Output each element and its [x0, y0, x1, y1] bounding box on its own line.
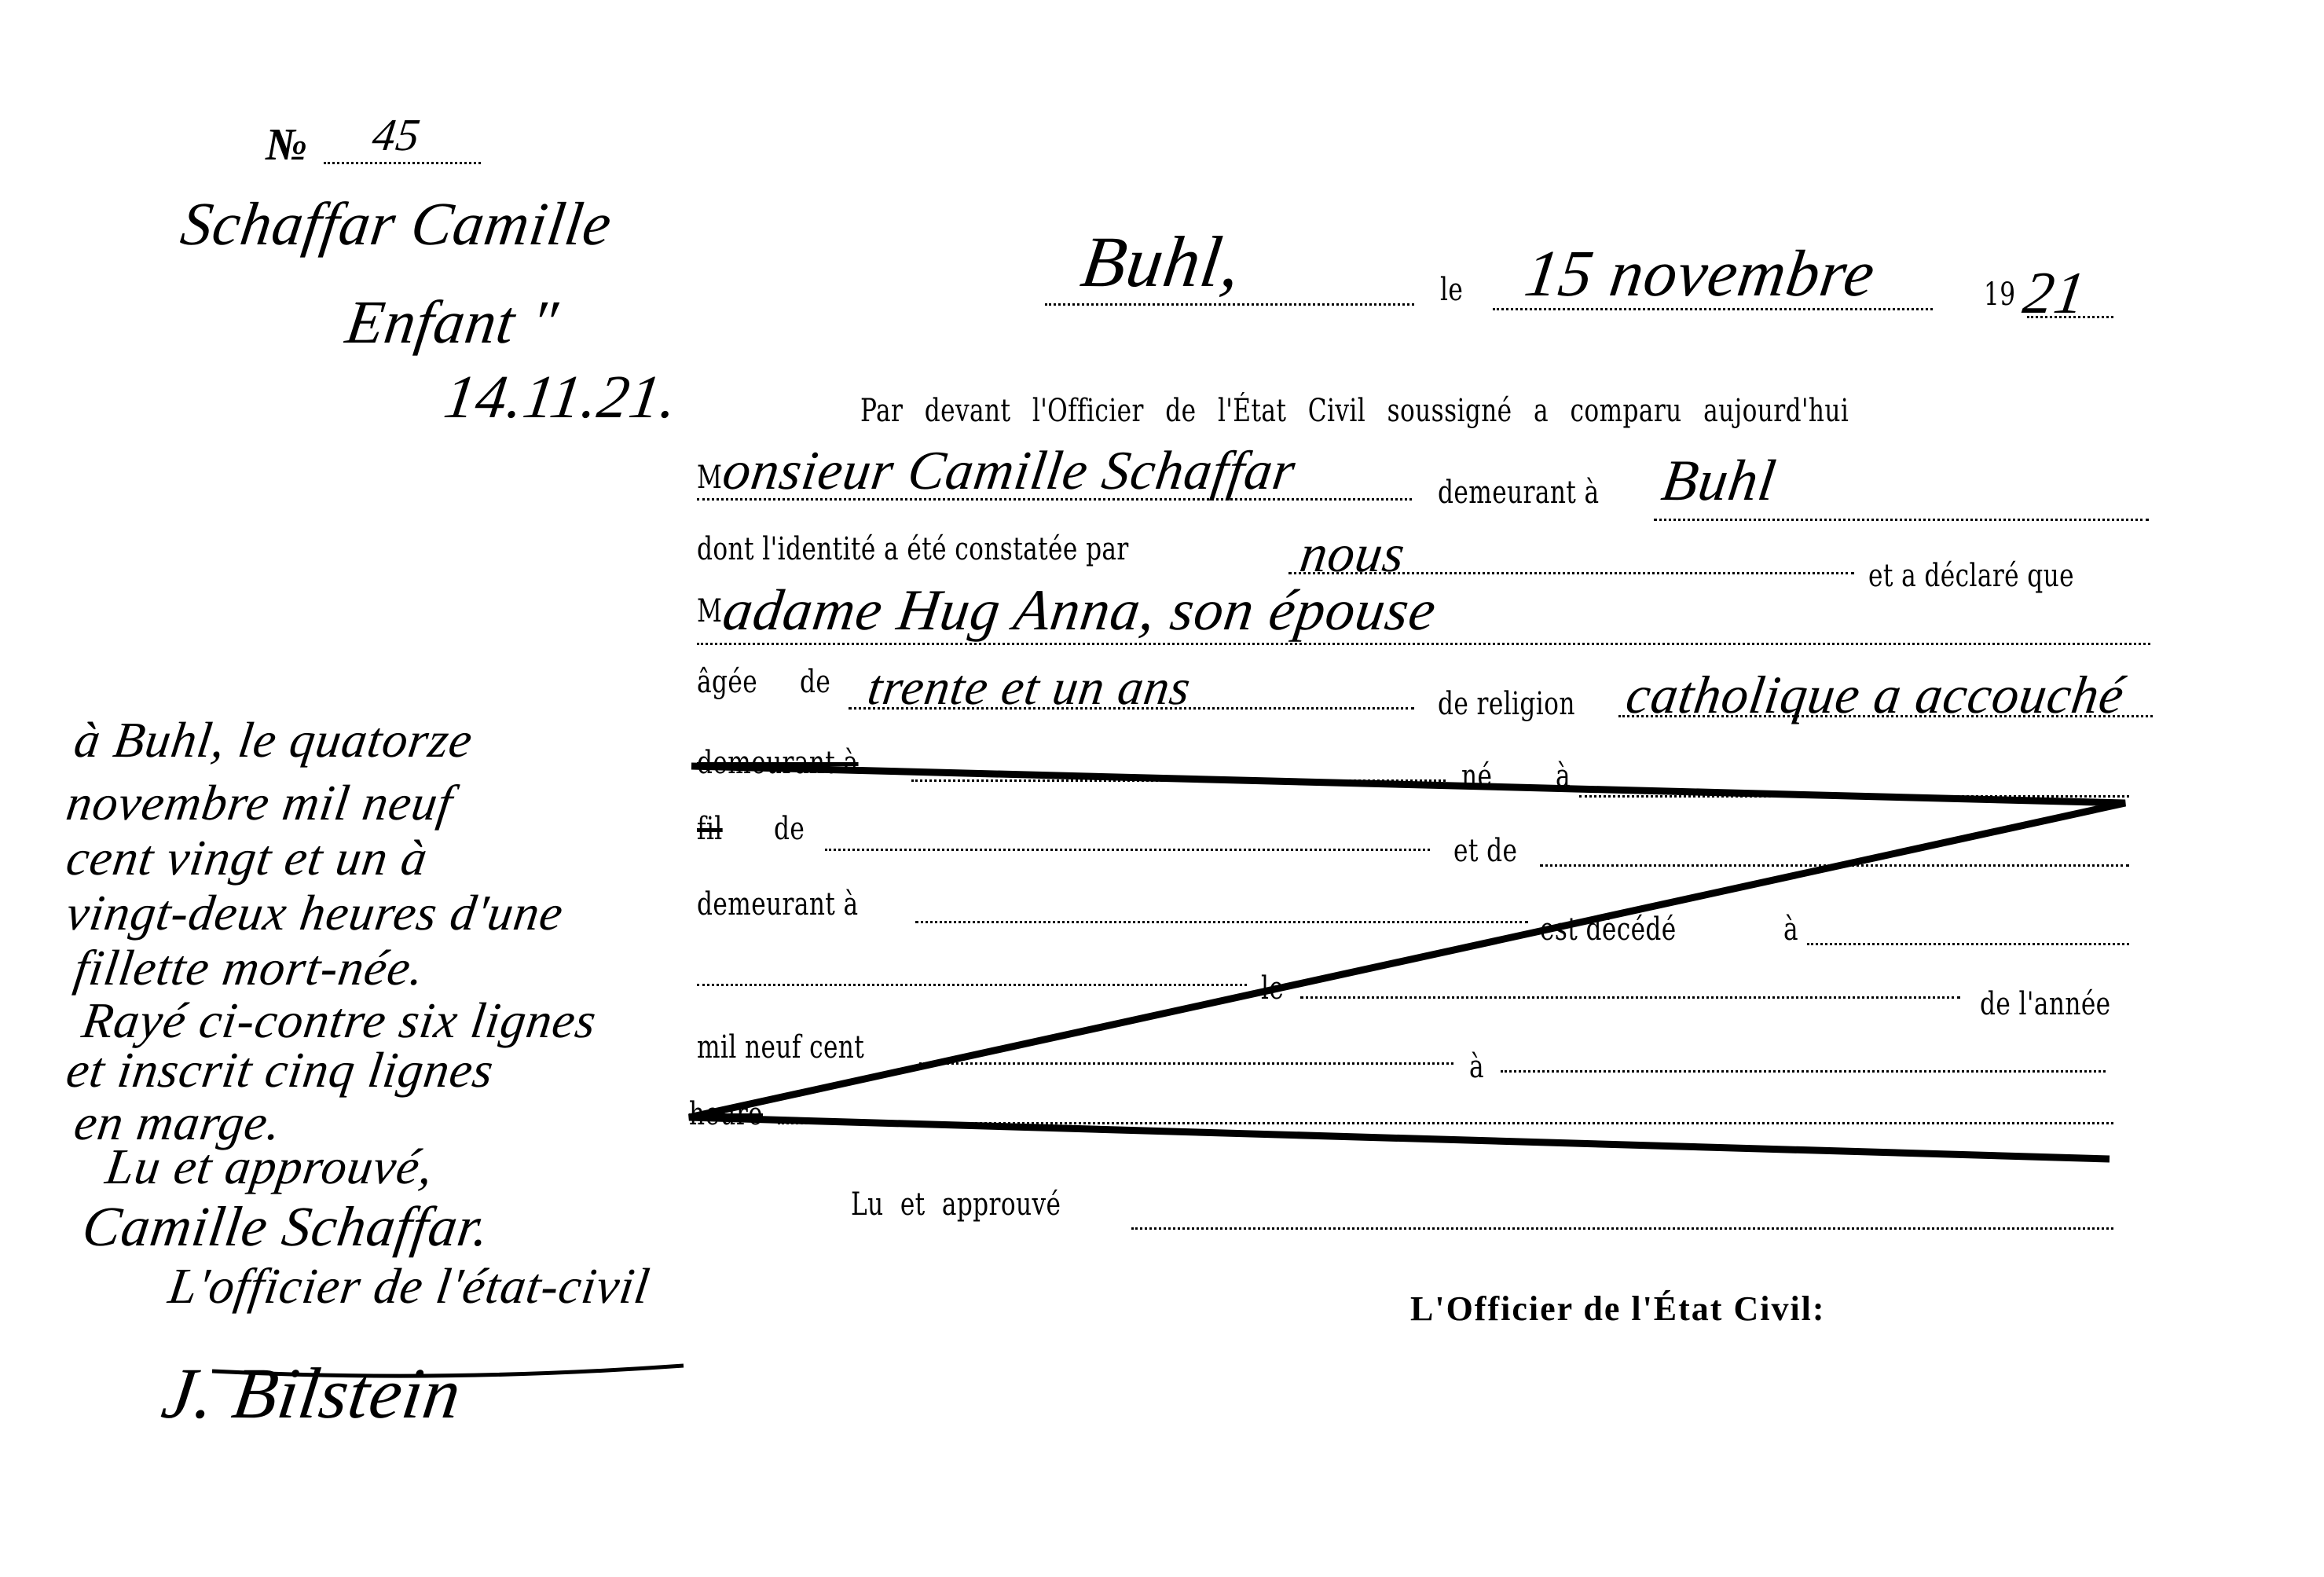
- officer-label: L'Officier de l'État Civil:: [1410, 1289, 1826, 1329]
- civil-record-page: № 45 Schaffar Camille Enfant " 14.11.21.…: [0, 0, 2324, 1577]
- officer-signature-underline: [0, 0, 2324, 1577]
